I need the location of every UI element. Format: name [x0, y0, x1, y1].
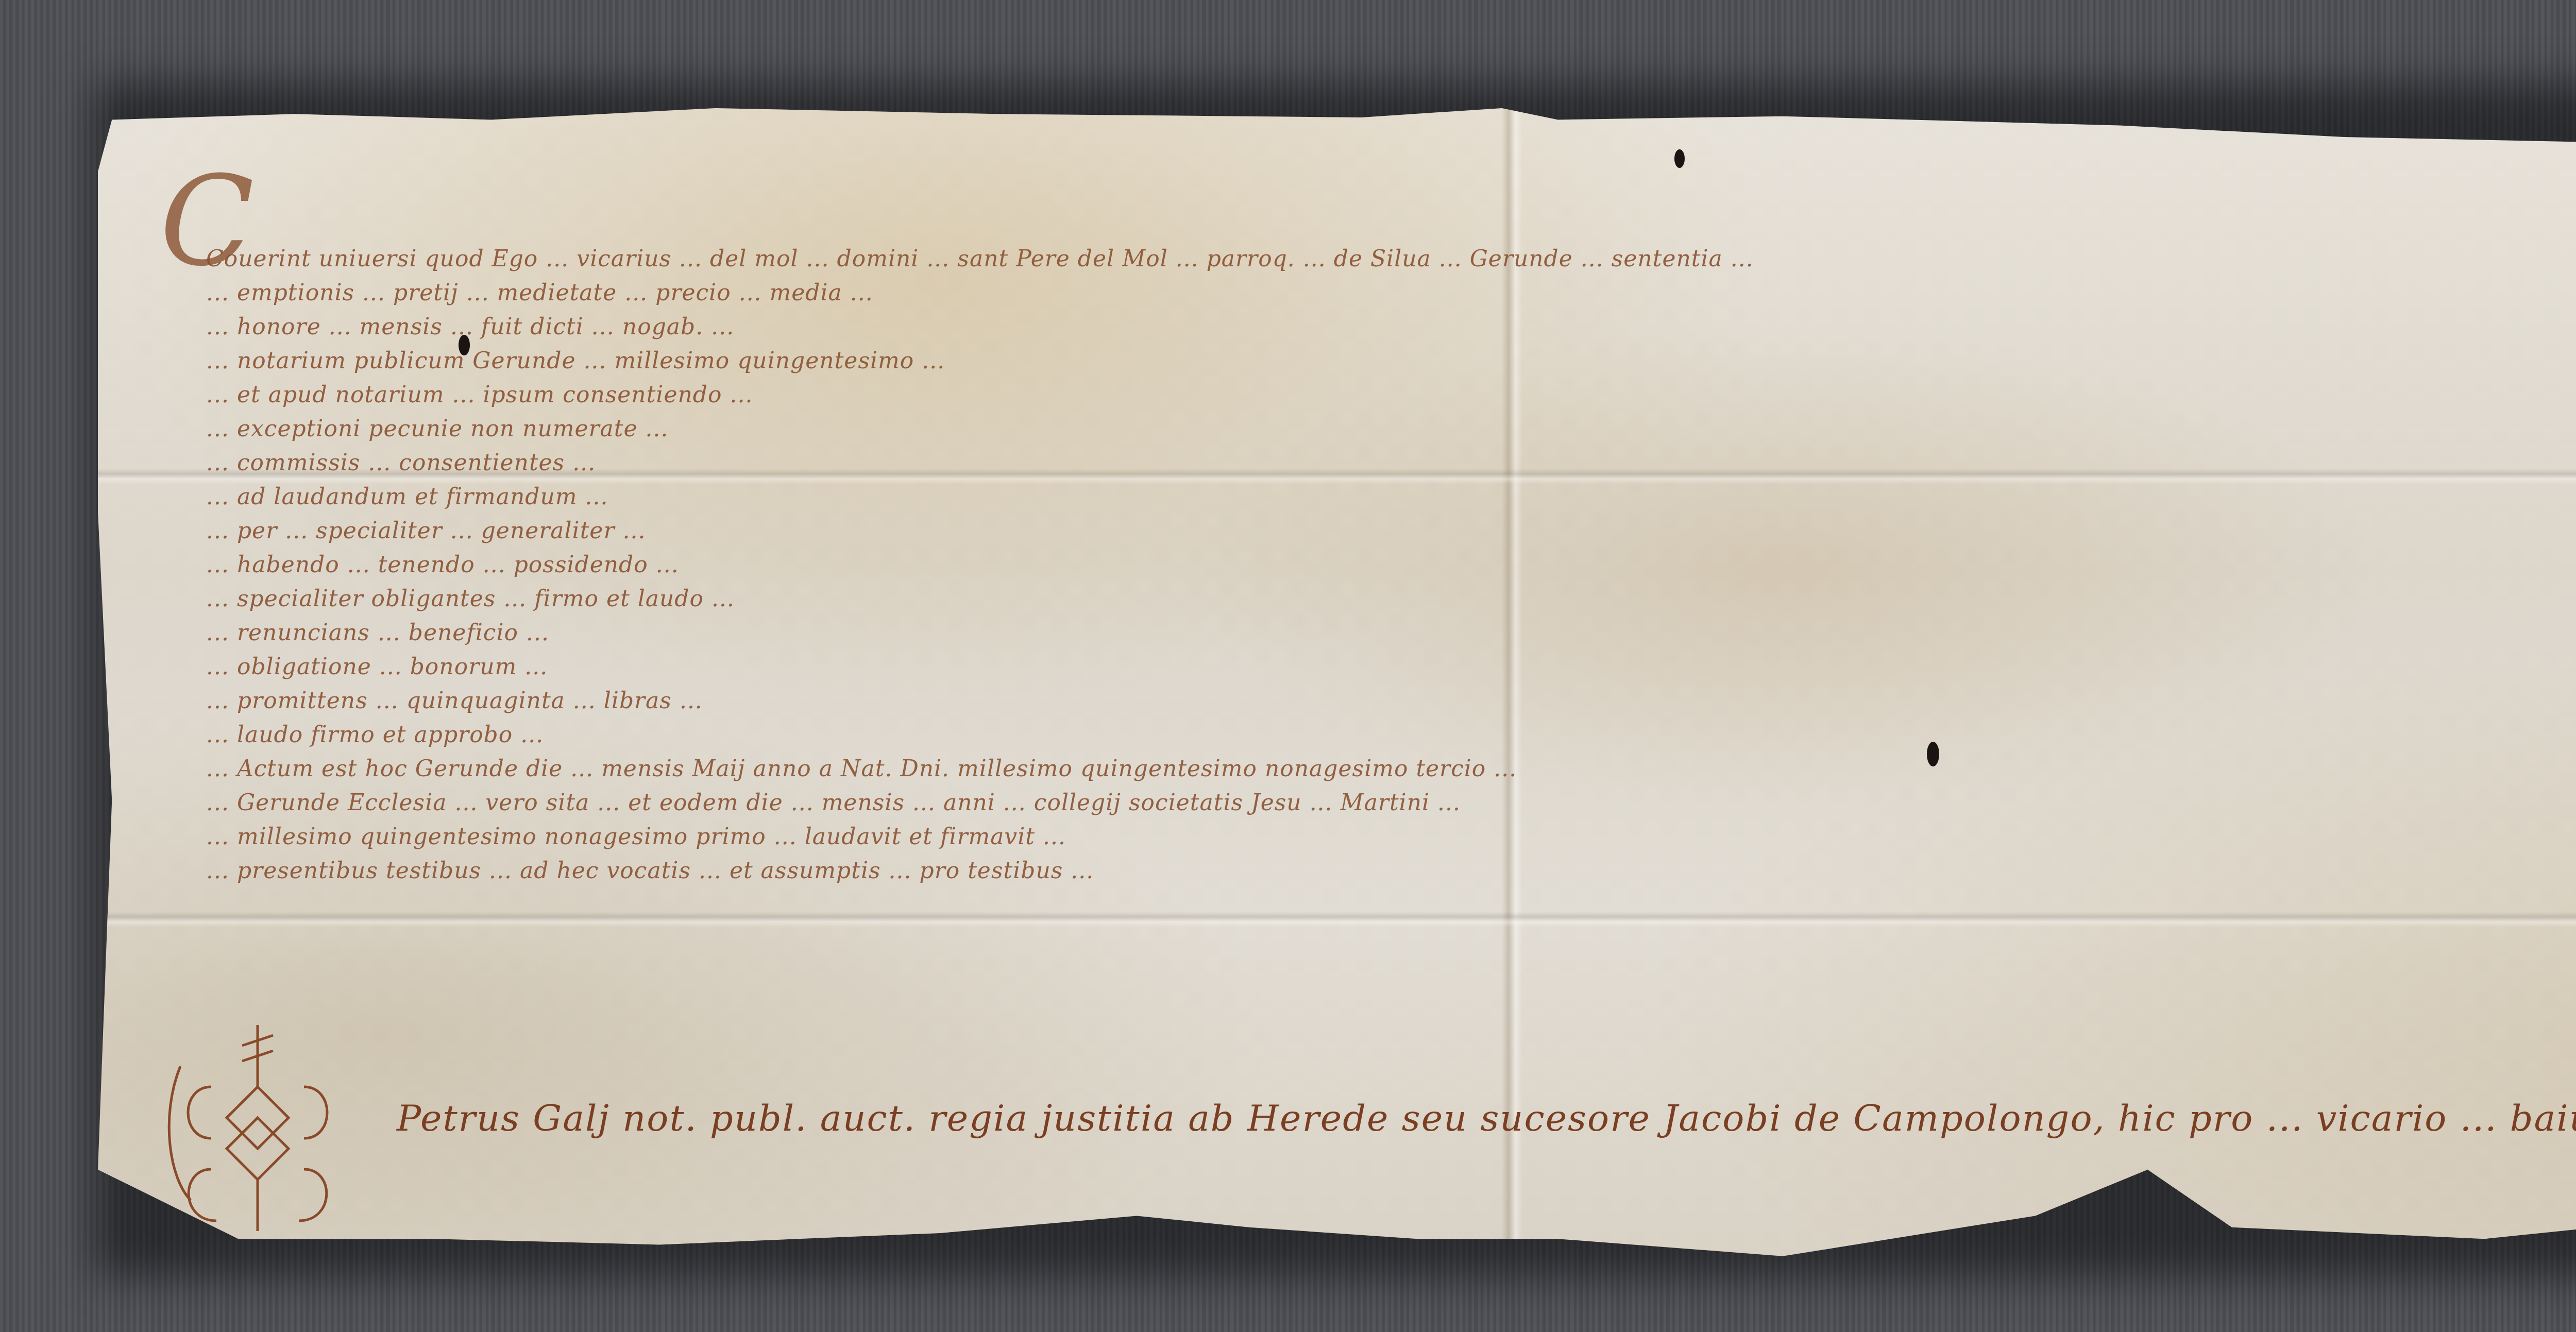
text-line: ... exceptioni pecunie non numerate ... [206, 412, 2576, 446]
text-line: ... honore ... mensis ... fuit dicti ...… [206, 310, 2576, 344]
text-line: ... et apud notarium ... ipsum consentie… [206, 378, 2576, 412]
text-line: ... laudo firmo et approbo ... [206, 718, 2576, 752]
text-line: ... Actum est hoc Gerunde die ... mensis… [206, 752, 2576, 786]
notary-signum-icon [149, 1015, 366, 1241]
text-line: ... specialiter obligantes ... firmo et … [206, 582, 2576, 616]
text-line: ... renuncians ... beneficio ... [206, 616, 2576, 650]
text-line: ... millesimo quingentesimo nonagesimo p… [206, 820, 2576, 854]
text-line: ... commissis ... consentientes ... [206, 446, 2576, 480]
text-line: ... habendo ... tenendo ... possidendo .… [206, 548, 2576, 582]
document-body: Couerint uniuersi quod Ego ... vicarius … [206, 242, 2576, 1004]
text-line: ... ad laudandum et firmandum ... [206, 480, 2576, 514]
text-line: ... Gerunde Ecclesia ... vero sita ... e… [206, 786, 2576, 820]
notary-subscription: Petrus Galj not. publ. auct. regia justi… [397, 1097, 2576, 1139]
wormhole [1674, 149, 1685, 168]
text-line: ... obligatione ... bonorum ... [206, 650, 2576, 684]
text-line: ... per ... specialiter ... generaliter … [206, 514, 2576, 548]
text-line: ... notarium publicum Gerunde ... milles… [206, 344, 2576, 378]
text-line: ... presentibus testibus ... ad hec voca… [206, 854, 2576, 888]
text-line: Couerint uniuersi quod Ego ... vicarius … [206, 242, 2576, 276]
text-line: ... promittens ... quinquaginta ... libr… [206, 684, 2576, 718]
parchment-document: C Couerint uniuersi quod Ego ... vicariu… [98, 108, 2576, 1262]
text-line: ... emptionis ... pretij ... medietate .… [206, 276, 2576, 310]
